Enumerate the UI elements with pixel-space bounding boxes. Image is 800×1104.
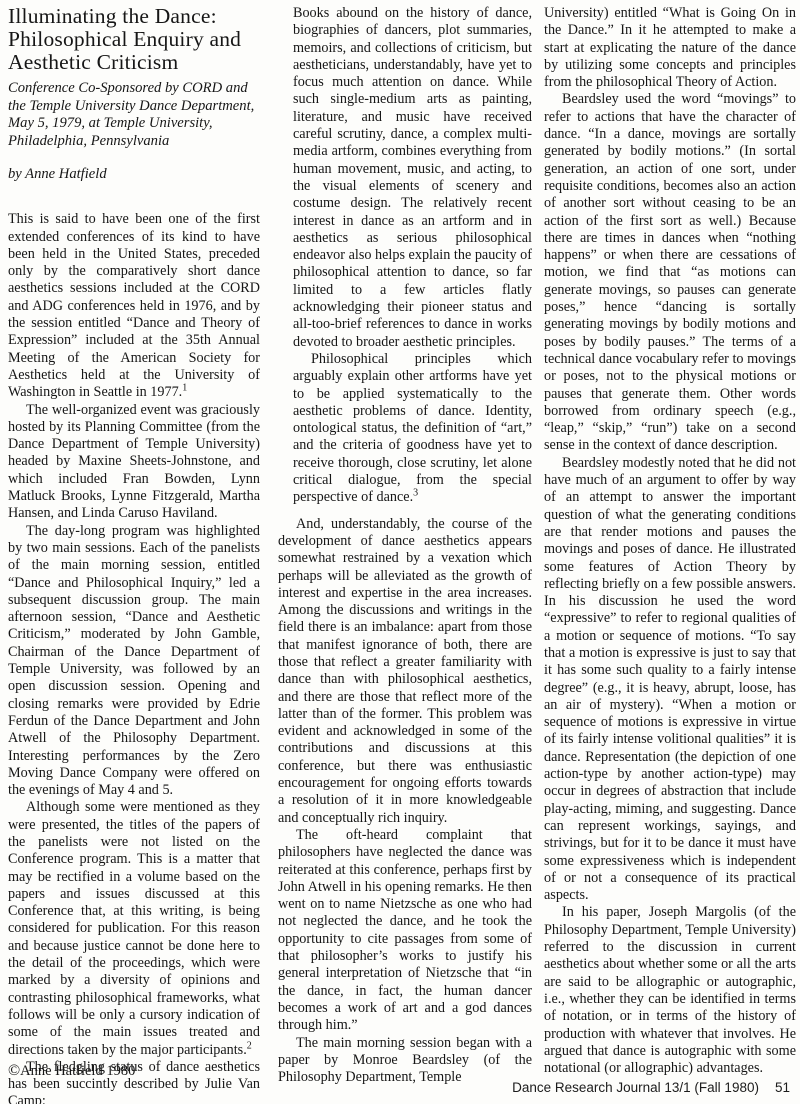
footnote-marker: 3 — [413, 488, 418, 499]
quote-paragraph: Philosophical principles which arguably … — [293, 351, 532, 507]
copyright-text: Anne Hatfield 1980 — [20, 1063, 135, 1079]
paragraph: And, understandably, the course of the d… — [278, 516, 532, 827]
paragraph: The well-organized event was graciously … — [8, 402, 260, 523]
paragraph-text: In his paper, Joseph Margolis (of the Ph… — [544, 904, 796, 1076]
footnote-marker: 2 — [247, 1040, 252, 1051]
paragraph-text: The main morning session began with a pa… — [278, 1035, 532, 1086]
column-1: Illuminating the Dance: Philosophical En… — [8, 5, 260, 1104]
paragraph: The main morning session began with a pa… — [278, 1035, 532, 1087]
paragraph: University) entitled “What is Going On i… — [544, 5, 796, 91]
paragraph: Although some were mentioned as they wer… — [8, 799, 260, 1058]
paragraph-text: The well-organized event was graciously … — [8, 402, 260, 522]
quote-paragraph: Books abound on the history of dance, bi… — [293, 5, 532, 351]
paragraph-text: The day-long program was highlighted by … — [8, 523, 260, 798]
journal-footer: Dance Research Journal 13/1 (Fall 1980)5… — [512, 1080, 790, 1095]
copyright-notice: ©Anne Hatfield 1980 — [8, 1062, 135, 1080]
van-camp-blockquote: Books abound on the history of dance, bi… — [278, 5, 532, 507]
paragraph-text: Philosophical principles which arguably … — [293, 351, 532, 505]
paragraph: Beardsley modestly noted that he did not… — [544, 455, 796, 905]
paragraph: Beardsley used the word “movings” to ref… — [544, 91, 796, 454]
byline: by Anne Hatfield — [8, 166, 260, 183]
paragraph: This is said to have been one of the fir… — [8, 211, 260, 401]
paragraph: In his paper, Joseph Margolis (of the Ph… — [544, 904, 796, 1077]
paragraph-text: University) entitled “What is Going On i… — [544, 5, 796, 90]
paragraph-text: Books abound on the history of dance, bi… — [293, 5, 532, 350]
paragraph-text: Beardsley used the word “movings” to ref… — [544, 91, 796, 453]
paragraph: The day-long program was highlighted by … — [8, 523, 260, 800]
copyright-icon: © — [8, 1062, 20, 1079]
paragraph-text: The oft-heard complaint that philosopher… — [278, 827, 532, 1033]
paragraph-text: Although some were mentioned as they wer… — [8, 799, 260, 1057]
paragraph-text: And, understandably, the course of the d… — [278, 516, 532, 826]
footnote-marker: 1 — [182, 383, 187, 394]
paragraph-text: Beardsley modestly noted that he did not… — [544, 455, 796, 903]
paragraph: The oft-heard complaint that philosopher… — [278, 827, 532, 1035]
page-number: 51 — [775, 1080, 790, 1095]
column-2: Books abound on the history of dance, bi… — [278, 5, 532, 1086]
article-subtitle: Conference Co-Sponsored by CORD and the … — [8, 80, 260, 150]
column-3: University) entitled “What is Going On i… — [544, 5, 796, 1077]
journal-title-issue: Dance Research Journal 13/1 (Fall 1980) — [512, 1080, 759, 1095]
journal-page: Illuminating the Dance: Philosophical En… — [0, 0, 800, 1104]
paragraph-text: This is said to have been one of the fir… — [8, 211, 260, 400]
article-title: Illuminating the Dance: Philosophical En… — [8, 5, 260, 74]
